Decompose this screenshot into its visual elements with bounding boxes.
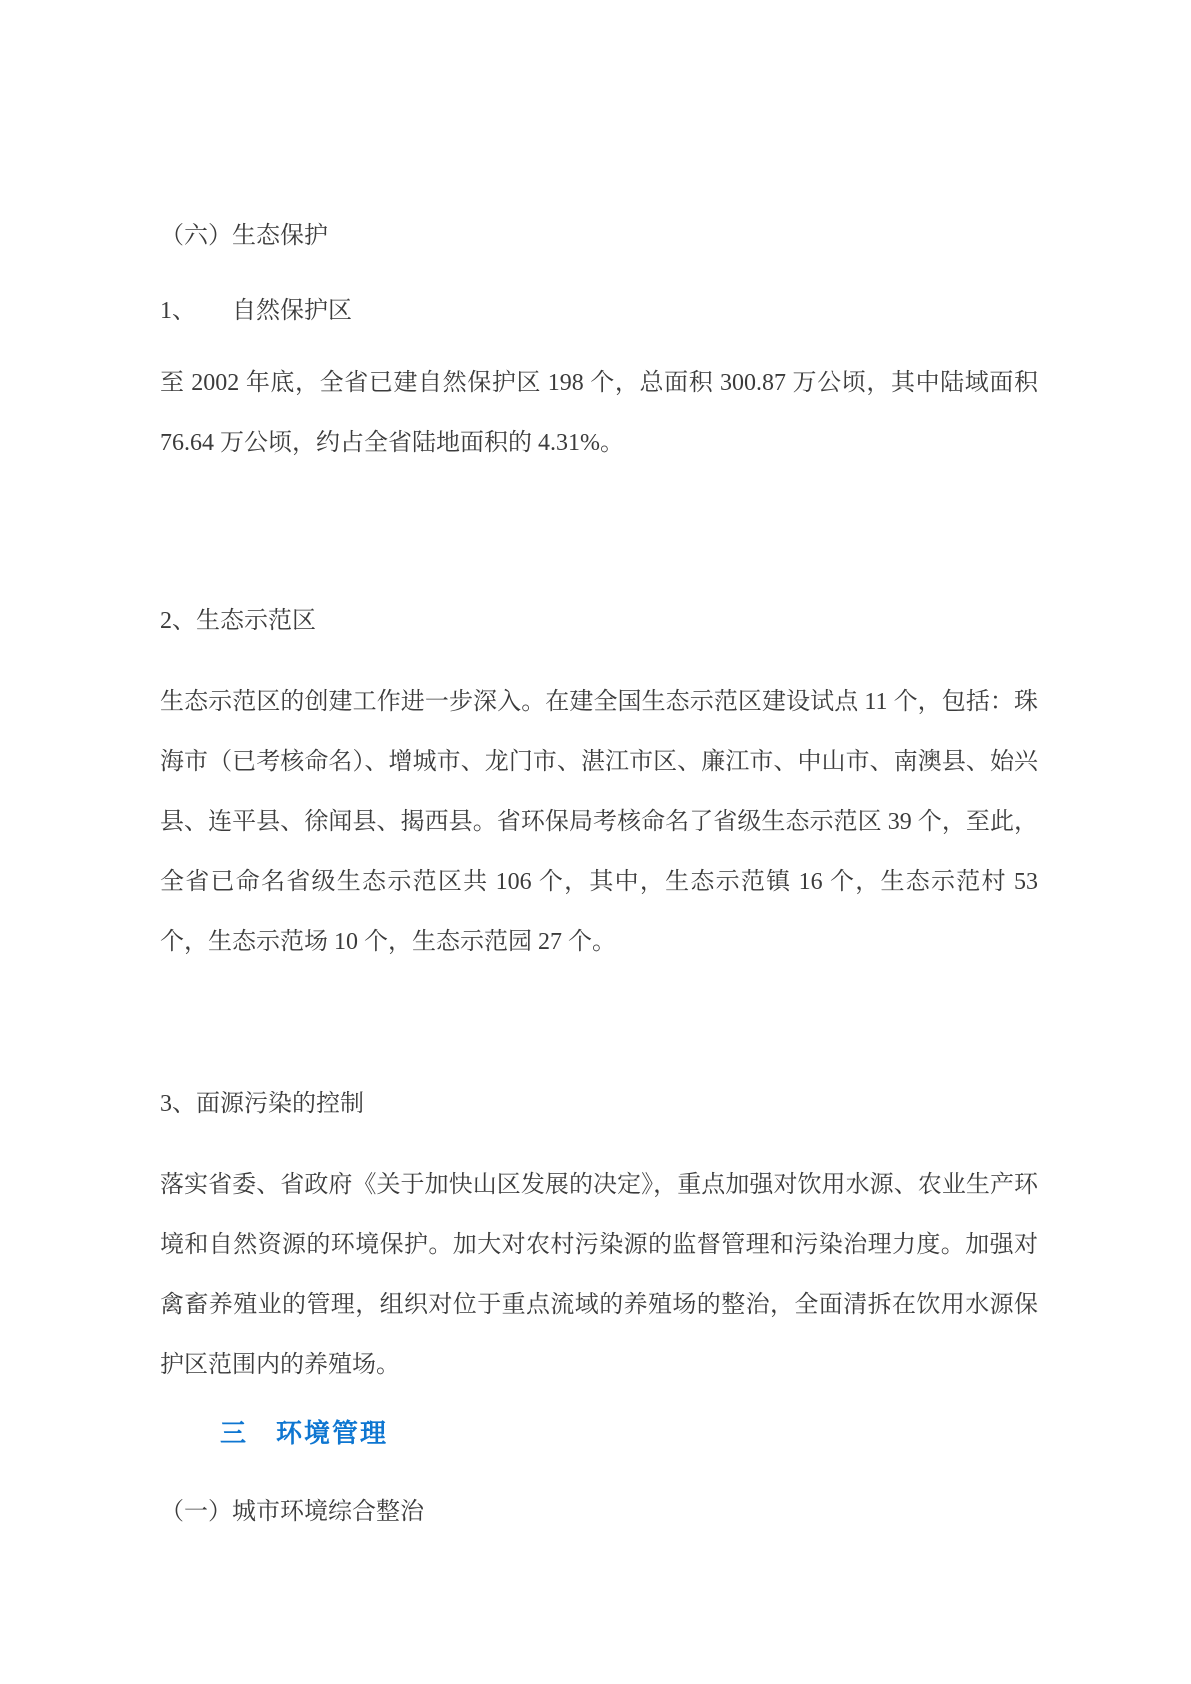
item-title-nonpoint-pollution-control: 3、面源污染的控制 [160,1076,1038,1133]
document-page: （六）生态保护 1、 自然保护区 至 2002 年底，全省已建自然保护区 198… [0,0,1191,1684]
section-heading-environment-management: 三 环境管理 [220,1405,1038,1462]
paragraph-nonpoint-pollution-control: 落实省委、省政府《关于加快山区发展的决定》，重点加强对饮用水源、农业生产环境和自… [160,1155,1038,1395]
section-heading-eco-protection: （六）生态保护 [160,208,1038,265]
item-title-eco-demo-zones: 2、生态示范区 [160,593,1038,650]
paragraph-nature-reserves: 至 2002 年底，全省已建自然保护区 198 个，总面积 300.87 万公顷… [160,353,1038,473]
item-title-nature-reserves: 1、 自然保护区 [160,283,1038,340]
subsection-heading-urban-env-improvement: （一）城市环境综合整治 [160,1484,1038,1541]
document-content: （六）生态保护 1、 自然保护区 至 2002 年底，全省已建自然保护区 198… [160,0,1038,1541]
paragraph-eco-demo-zones: 生态示范区的创建工作进一步深入。在建全国生态示范区建设试点 11 个，包括：珠海… [160,672,1038,972]
